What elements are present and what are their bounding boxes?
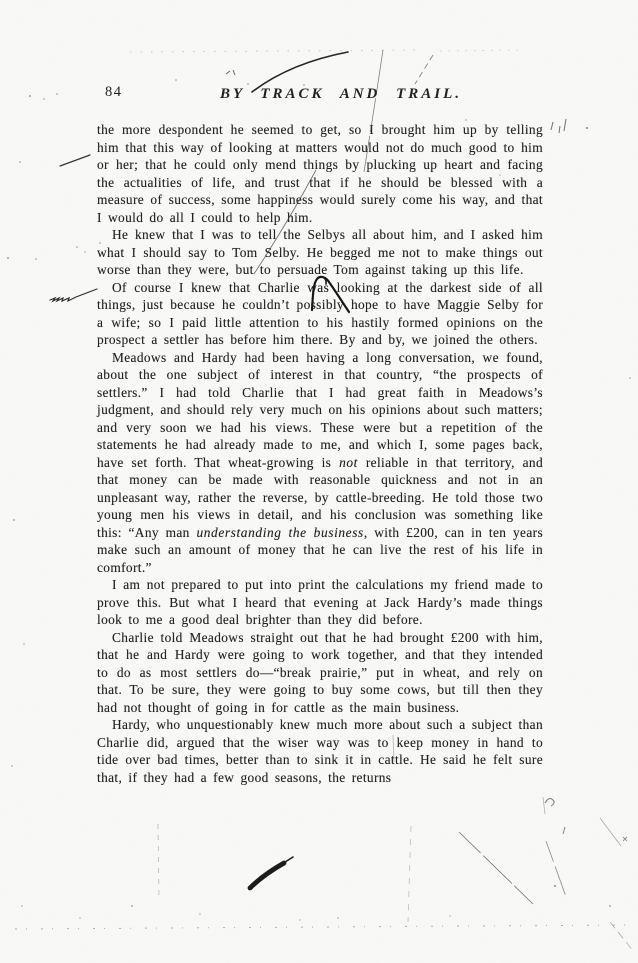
scratch-line-artifact (158, 824, 159, 898)
small-mark-artifact (563, 827, 565, 834)
speckle-band-artifact (440, 50, 520, 51)
text-run: I am not prepared to put into print the … (97, 577, 543, 627)
scratch-line-artifact (408, 826, 411, 922)
text-run-italic: not (339, 455, 358, 470)
scratch-line-artifact (415, 55, 433, 84)
paragraph-2: He knew that I was to tell the Selbys al… (97, 226, 543, 279)
paragraph-6: Charlie told Meadows straight out that h… (97, 629, 543, 717)
text-run-italic: understanding the business (196, 525, 363, 540)
text-run: Of course I knew that Charlie was lookin… (97, 280, 543, 348)
scratch-line-artifact (610, 922, 634, 952)
paragraph-7: Hardy, who unquestionably knew much more… (97, 716, 543, 786)
text-run: the more despondent he seemed to get, so… (97, 122, 543, 225)
small-mark-artifact (545, 799, 554, 806)
paragraph-1: the more despondent he seemed to get, so… (97, 121, 543, 226)
small-mark-artifact (623, 837, 627, 841)
page-body: the more despondent he seemed to get, so… (97, 121, 543, 786)
paragraph-5: I am not prepared to put into print the … (97, 576, 543, 629)
speckle-band-artifact (15, 925, 632, 929)
text-run: Hardy, who unquestionably knew much more… (97, 717, 543, 785)
text-run: Meadows and Hardy had been having a long… (97, 350, 543, 470)
running-title: BY TRACK AND TRAIL. (118, 86, 564, 103)
scratch-line-artifact (459, 832, 533, 904)
small-mark-artifact (226, 70, 235, 75)
text-run: Charlie told Meadows straight out that h… (97, 630, 543, 715)
scratch-line-artifact (546, 841, 570, 908)
paragraph-3: Of course I knew that Charlie was lookin… (97, 279, 543, 349)
speckle-band-artifact (130, 50, 420, 52)
pencil-tick-artifact (282, 857, 293, 864)
paragraph-4: Meadows and Hardy had been having a long… (97, 349, 543, 577)
small-mark-artifact (551, 119, 566, 133)
margin-slash-artifact (60, 155, 90, 166)
scanned-book-page: 84 BY TRACK AND TRAIL. the more desponde… (0, 0, 638, 963)
pencil-tick-artifact (250, 863, 284, 888)
scratch-line-artifact (543, 797, 545, 814)
margin-squiggle-artifact (50, 289, 97, 301)
scratch-line-artifact (600, 818, 621, 846)
text-run: He knew that I was to tell the Selbys al… (97, 227, 543, 277)
